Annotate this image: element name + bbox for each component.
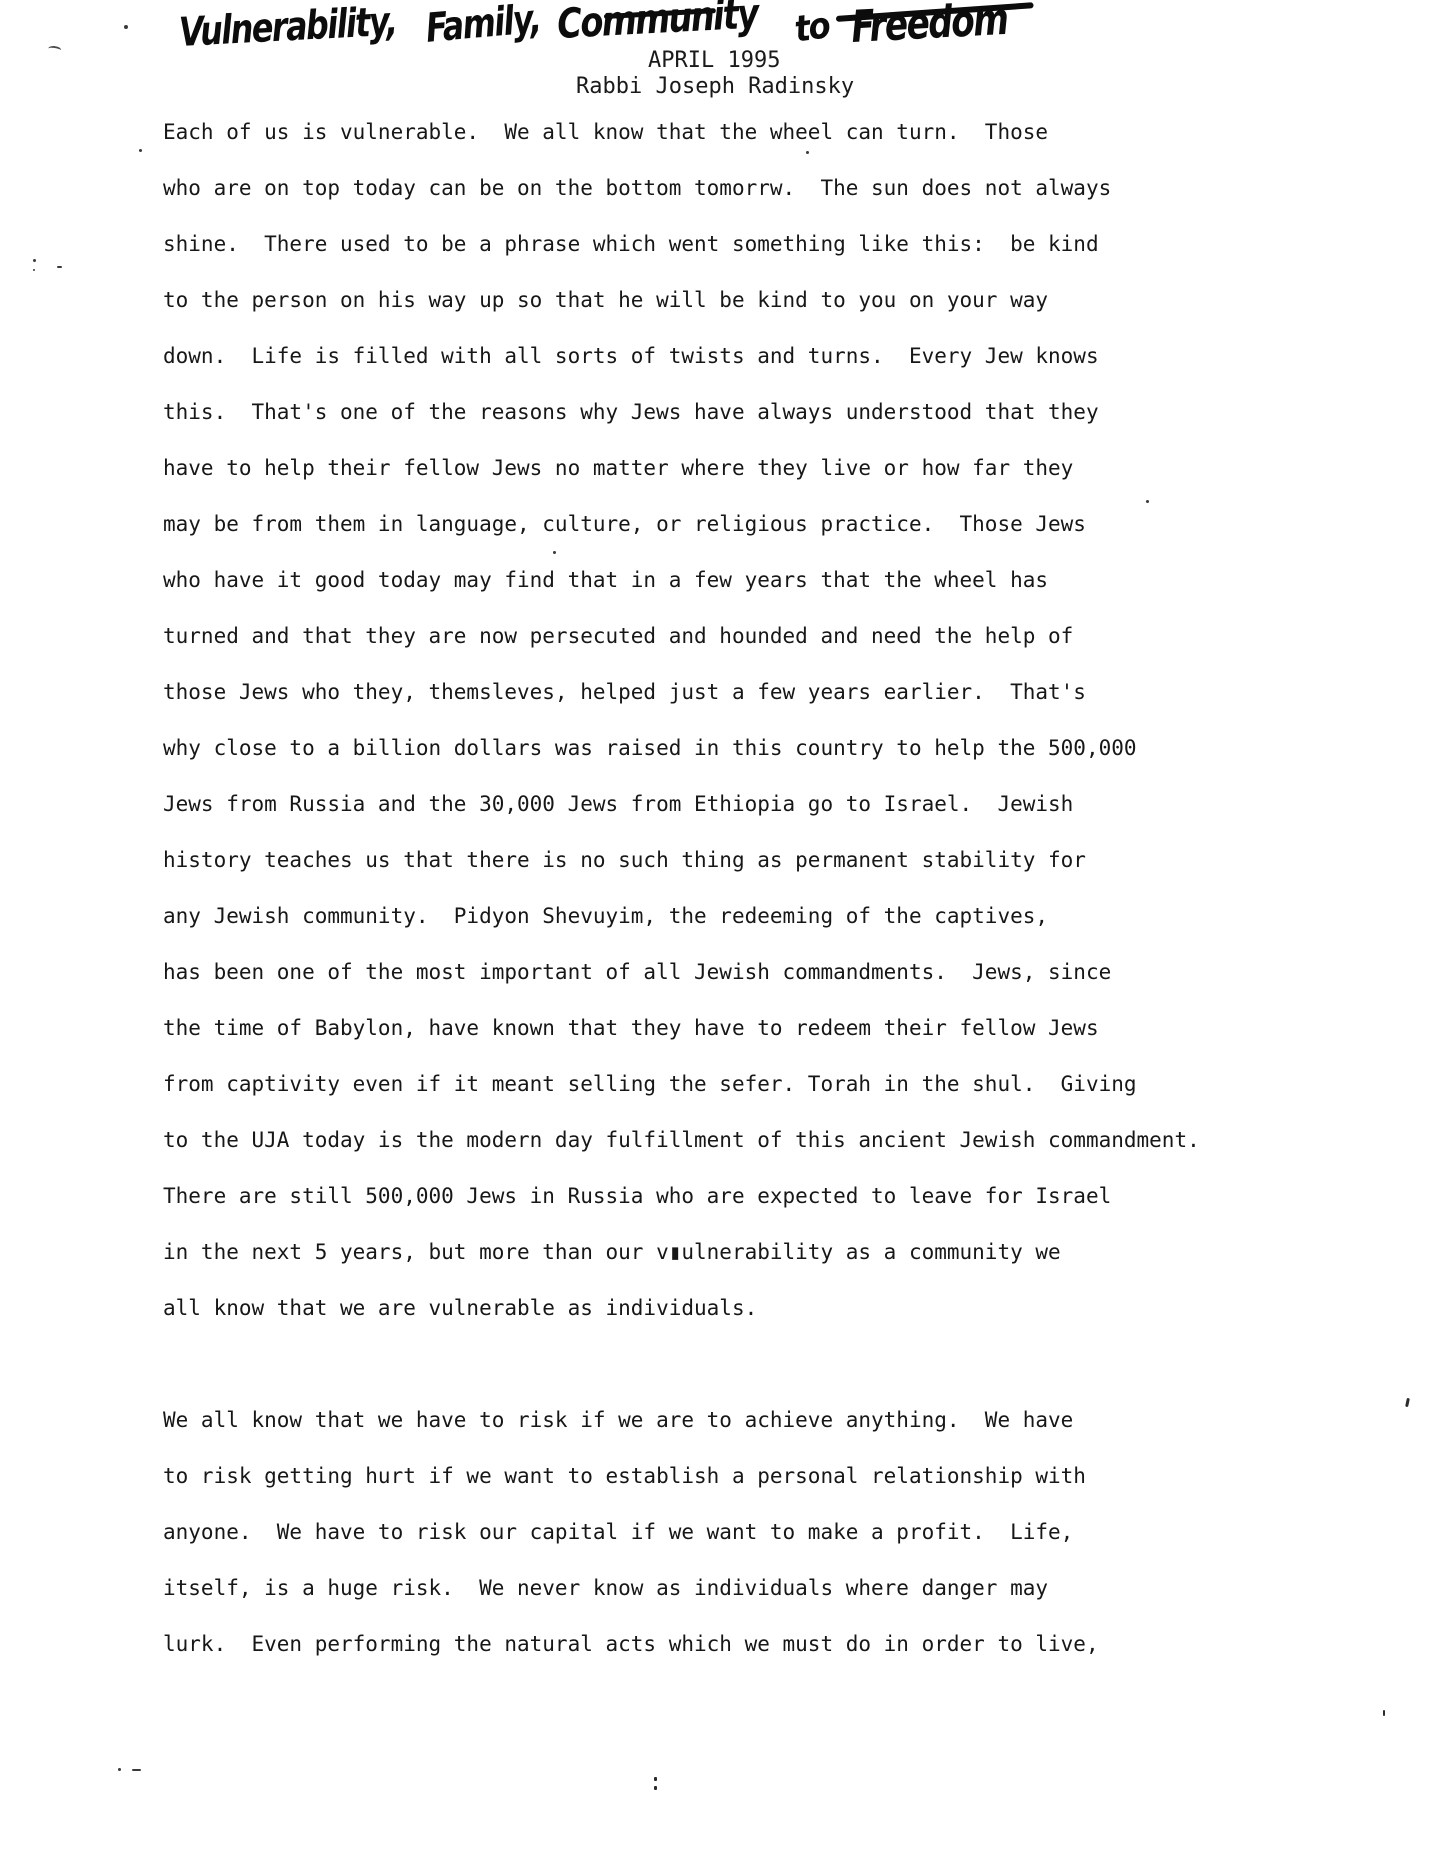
text-line: turned and that they are now persecuted … [163,608,1200,664]
scan-speck [139,149,142,152]
text-line: in the next 5 years, but more than our v… [163,1224,1200,1280]
scan-speck [806,151,809,154]
scan-speck [57,266,62,268]
scan-speck [1405,1398,1410,1407]
scan-speck [1146,500,1149,503]
text-line: has been one of the most important of al… [163,944,1200,1000]
text-line: itself, is a huge risk. We never know as… [163,1560,1099,1616]
date-line: APRIL 1995 [648,48,780,74]
text-line: There are still 500,000 Jews in Russia w… [163,1168,1200,1224]
text-line: have to help their fellow Jews no matter… [163,440,1200,496]
text-line: to risk getting hurt if we want to estab… [163,1448,1099,1504]
paragraph-2: We all know that we have to risk if we a… [163,1392,1099,1672]
text-line: who are on top today can be on the botto… [163,160,1200,216]
scan-speck [654,1786,657,1790]
text-line: Each of us is vulnerable. We all know th… [163,104,1200,160]
scan-speck [553,551,556,554]
handwritten-word-vulnerability: Vulnerability, [178,0,397,56]
scan-speck [124,25,128,29]
scan-speck [654,1777,657,1781]
text-line: all know that we are vulnerable as indiv… [163,1280,1200,1336]
scanned-document-page: Vulnerability, Family, Community to Free… [0,0,1430,1851]
handwritten-word-family: Family, [424,0,542,52]
scan-speck [132,1769,141,1771]
text-line: who have it good today may find that in … [163,552,1200,608]
text-line: why close to a billion dollars was raise… [163,720,1200,776]
text-line: may be from them in language, culture, o… [163,496,1200,552]
scan-speck [33,269,35,271]
text-line: from captivity even if it meant selling … [163,1056,1200,1112]
text-line: shine. There used to be a phrase which w… [163,216,1200,272]
scan-speck [118,1768,121,1771]
text-line: lurk. Even performing the natural acts w… [163,1616,1099,1672]
scan-speck [1383,1710,1385,1716]
handwritten-word-community: Community [556,0,759,48]
author-line: Rabbi Joseph Radinsky [576,74,854,100]
text-line: the time of Babylon, have known that the… [163,1000,1200,1056]
text-line: to the UJA today is the modern day fulfi… [163,1112,1200,1168]
text-line: any Jewish community. Pidyon Shevuyim, t… [163,888,1200,944]
paragraph-1: Each of us is vulnerable. We all know th… [163,104,1200,1336]
text-line: We all know that we have to risk if we a… [163,1392,1099,1448]
scan-speck [33,259,36,262]
text-line: anyone. We have to risk our capital if w… [163,1504,1099,1560]
text-line: history teaches us that there is no such… [163,832,1200,888]
text-line: those Jews who they, themsleves, helped … [163,664,1200,720]
handwritten-word-to: to [792,5,832,50]
text-line: to the person on his way up so that he w… [163,272,1200,328]
text-line: down. Life is filled with all sorts of t… [163,328,1200,384]
text-line: this. That's one of the reasons why Jews… [163,384,1200,440]
scan-speck [47,45,61,55]
text-line: Jews from Russia and the 30,000 Jews fro… [163,776,1200,832]
